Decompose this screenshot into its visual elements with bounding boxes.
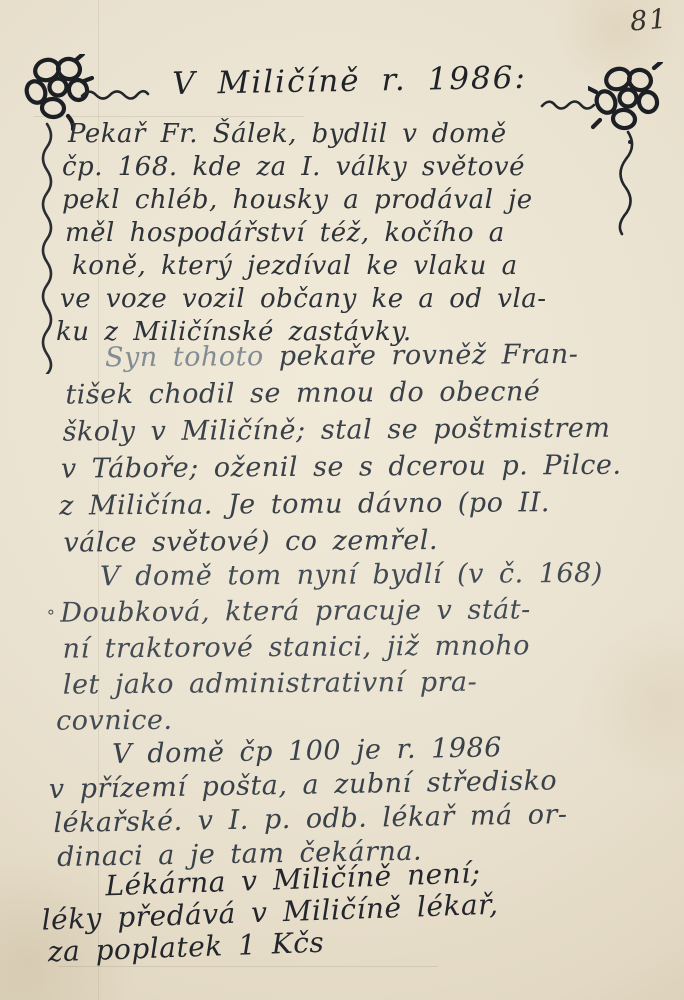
text-line: školy v Miličíně; stal se poštmistrem xyxy=(63,409,684,450)
text-line: let jako administrativní pra- xyxy=(63,663,684,703)
paragraph: Pekař Fr. Šálek, bydlil v domě čp. 168. … xyxy=(0,118,684,349)
text-line: měl hospodářství též, kočího a xyxy=(65,217,684,250)
text-line: Syn tohoto pekaře rovněž Fran- xyxy=(105,335,684,376)
text-line: ní traktorové stanici, již mnoho xyxy=(63,627,684,667)
text-line: Doubková, která pracuje v stát- xyxy=(48,591,684,631)
pencil-guide-line xyxy=(58,966,438,967)
paragraph: V domě tom nyní bydlí (v č. 168) Doubkov… xyxy=(0,555,684,740)
text-line: z Miličína. Je tomu dávno (po II. xyxy=(59,483,684,524)
text-segment: pekaře rovněž Fran- xyxy=(279,339,579,372)
page-number: 81 xyxy=(629,3,670,37)
text-line: ve voze vozil občany ke a od vla- xyxy=(60,283,684,316)
text-line: tišek chodil se mnou do obecné xyxy=(65,372,684,413)
squiggle-icon xyxy=(80,86,150,104)
text-line: koně, který jezdíval ke vlaku a xyxy=(72,250,684,283)
text-line: Pekař Fr. Šálek, bydlil v domě xyxy=(68,118,684,151)
text-segment: Doubková, která pracuje v stát- xyxy=(60,594,531,628)
faded-ink-text: Syn tohoto xyxy=(105,341,264,373)
text-line: pekl chléb, housky a prodával je xyxy=(62,184,684,217)
text-line: v Táboře; oženil se s dcerou p. Pilce. xyxy=(61,446,684,487)
chronicle-page: 81 V Miličíně r. 1986: xyxy=(0,0,684,1000)
text-line: V domě tom nyní bydlí (v č. 168) xyxy=(100,555,684,595)
stray-ink-mark xyxy=(48,610,53,615)
paragraph: Syn tohoto pekaře rovněž Fran- tišek cho… xyxy=(0,335,684,562)
text-line: čp. 168. kde za I. války světové xyxy=(62,151,684,184)
page-title: V Miličíně r. 1986: xyxy=(172,60,527,102)
